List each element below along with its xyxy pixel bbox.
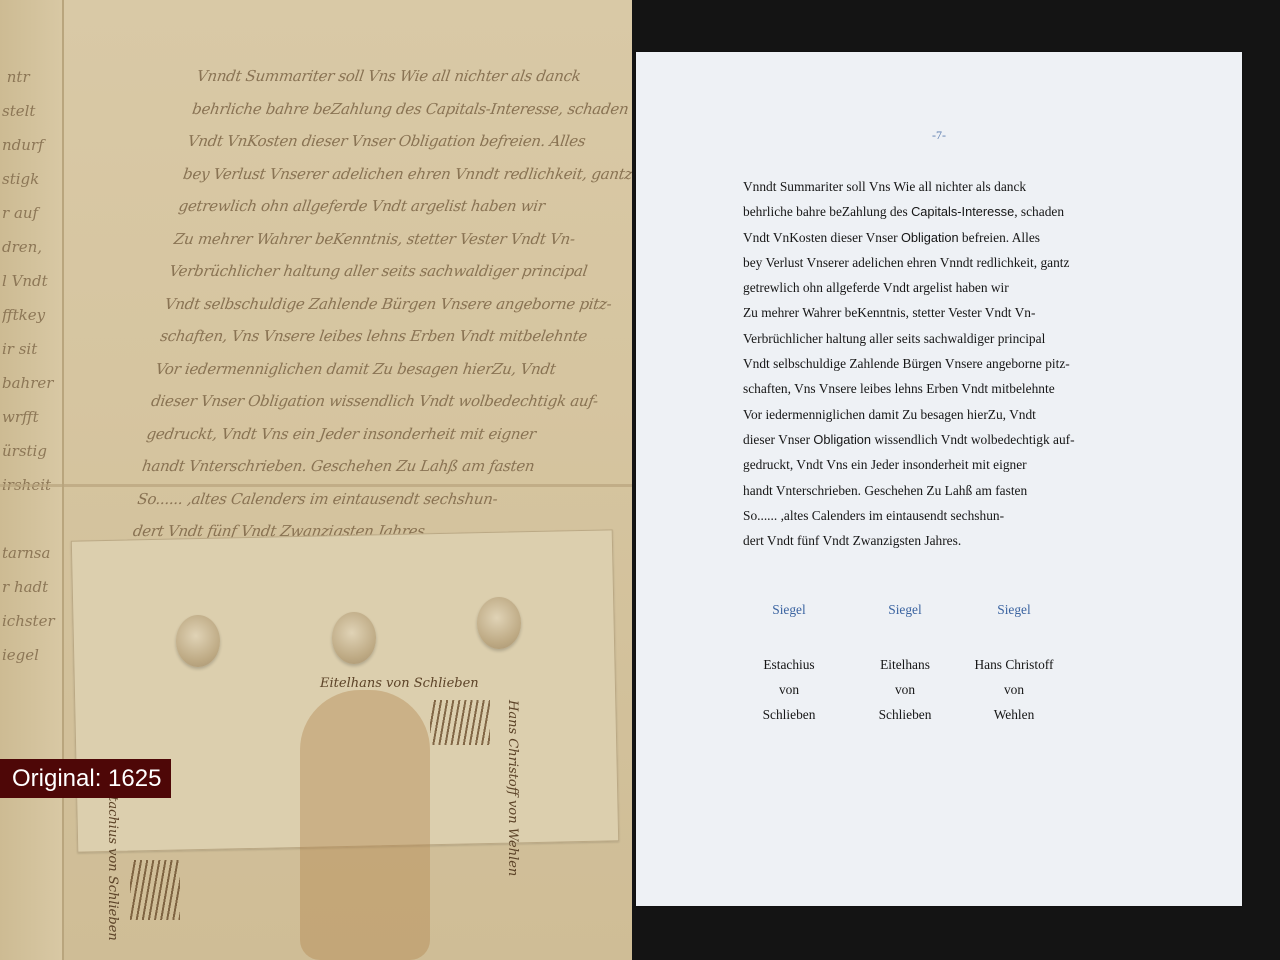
text-segment: Capitals-Interesse <box>911 204 1014 219</box>
handwriting-line: bey Verlust Vnserer adelichen ehren Vnnd… <box>181 158 632 191</box>
handwriting-line: Verbrüchlicher haltung aller seits sachw… <box>167 255 632 288</box>
transcription-body: Vnndt Summariter soll Vns Wie all nichte… <box>743 174 1143 553</box>
wax-seal-1 <box>176 615 220 667</box>
signatory-von: von <box>845 677 965 702</box>
left-leaf-handwriting: ntrsteltndurfstigkr aufdren,l Vndtfftkey… <box>2 60 62 672</box>
seal-label: Siegel <box>729 602 849 652</box>
signatory-first-name: Eitelhans <box>845 652 965 677</box>
handwriting-line: dieser Vnser Obligation wissendlich Vndt… <box>149 385 624 418</box>
wax-seal-3 <box>477 597 521 649</box>
handwriting-line: Vndt VnKosten dieser Vnser Obligation be… <box>186 125 632 158</box>
text-segment: Obligation <box>901 230 959 245</box>
manuscript-fold <box>0 484 632 487</box>
transcription-line: behrliche bahre beZahlung des Capitals-I… <box>743 199 1143 224</box>
manuscript-signature-estachius: Estachius von Schlieben <box>105 780 120 941</box>
transcription-line: So...... ,altes Calenders im eintausendt… <box>743 503 1143 528</box>
transcription-line: Vndt selbschuldige Zahlende Bürgen Vnser… <box>743 351 1143 376</box>
page-number: -7- <box>636 128 1242 143</box>
signatory-3: Siegel Hans Christoff von Wehlen <box>954 602 1074 727</box>
text-segment: behrliche bahre beZahlung des <box>743 204 911 219</box>
text-segment: Vndt VnKosten dieser Vnser <box>743 230 901 245</box>
text-segment: getrewlich ohn allgeferde Vndt argelist … <box>743 280 1009 295</box>
transcription-line: bey Verlust Vnserer adelichen ehren Vnnd… <box>743 250 1143 275</box>
text-segment: Vnndt Summariter soll Vns Wie all nichte… <box>743 179 1026 194</box>
manuscript-signature-eitelhans: Eitelhans von Schlieben <box>320 676 479 691</box>
transcription-line: schaften, Vns Vnsere leibes lehns Erben … <box>743 376 1143 401</box>
seal-label: Siegel <box>954 602 1074 652</box>
handwriting-line: Zu mehrer Wahrer beKenntnis, stetter Ves… <box>172 223 632 256</box>
text-segment: Zu mehrer Wahrer beKenntnis, stetter Ves… <box>743 305 1035 320</box>
transcription-line: Vnndt Summariter soll Vns Wie all nichte… <box>743 174 1143 199</box>
text-segment: dert Vndt fünf Vndt Zwanzigsten Jahres. <box>743 533 961 548</box>
signatory-von: von <box>729 677 849 702</box>
text-segment: gedruckt, Vndt Vns ein Jeder insonderhei… <box>743 457 1027 472</box>
signatory-1: Siegel Estachius von Schlieben <box>729 602 849 727</box>
transcription-line: dieser Vnser Obligation wissendlich Vndt… <box>743 427 1143 452</box>
text-segment: wissendlich Vndt wolbedechtigk auf- <box>871 432 1075 447</box>
text-segment: Vndt selbschuldige Zahlende Bürgen Vnser… <box>743 356 1070 371</box>
handwriting-line: Vndt selbschuldige Zahlende Bürgen Vnser… <box>163 288 632 321</box>
transcription-line: dert Vndt fünf Vndt Zwanzigsten Jahres. <box>743 528 1143 553</box>
text-segment: , schaden <box>1014 204 1064 219</box>
handwriting-line: Vnndt Summariter soll Vns Wie all nichte… <box>195 60 632 93</box>
signatory-last-name: Wehlen <box>954 702 1074 727</box>
transcription-line: getrewlich ohn allgeferde Vndt argelist … <box>743 275 1143 300</box>
signature-flourish <box>130 860 180 920</box>
text-segment: dieser Vnser <box>743 432 813 447</box>
text-segment: handt Vnterschrieben. Geschehen Zu Lahß … <box>743 483 1027 498</box>
signatory-last-name: Schlieben <box>845 702 965 727</box>
transcription-line: gedruckt, Vndt Vns ein Jeder insonderhei… <box>743 452 1143 477</box>
handwriting-line: handt Vnterschrieben. Geschehen Zu Lahß … <box>140 450 615 483</box>
manuscript-handwriting: Vnndt Summariter soll Vns Wie all nichte… <box>131 60 632 548</box>
transcription-page: -7- Vnndt Summariter soll Vns Wie all ni… <box>636 52 1242 906</box>
text-segment: So...... ,altes Calenders im eintausendt… <box>743 508 1004 523</box>
manuscript-signature-hans-christoff: Hans Christoff von Wehlen <box>505 700 520 876</box>
signatory-von: von <box>954 677 1074 702</box>
signatory-last-name: Schlieben <box>729 702 849 727</box>
text-segment: Verbrüchlicher haltung aller seits sachw… <box>743 331 1045 346</box>
signature-flourish <box>430 700 490 745</box>
text-segment: schaften, Vns Vnsere leibes lehns Erben … <box>743 381 1055 396</box>
text-segment: befreien. Alles <box>959 230 1040 245</box>
text-segment: bey Verlust Vnserer adelichen ehren Vnnd… <box>743 255 1069 270</box>
transcription-line: Vor iedermenniglichen damit Zu besagen h… <box>743 402 1143 427</box>
signatory-first-name: Estachius <box>729 652 849 677</box>
handwriting-line: getrewlich ohn allgeferde Vndt argelist … <box>176 190 632 223</box>
handwriting-line: gedruckt, Vndt Vns ein Jeder insonderhei… <box>144 418 619 451</box>
original-manuscript-photo: ntrsteltndurfstigkr aufdren,l Vndtfftkey… <box>0 0 632 960</box>
signatory-2: Siegel Eitelhans von Schlieben <box>845 602 965 727</box>
text-segment: Obligation <box>813 432 871 447</box>
water-stain <box>300 690 430 960</box>
wax-seal-2 <box>332 612 376 664</box>
signatory-first-name: Hans Christoff <box>954 652 1074 677</box>
transcription-line: Zu mehrer Wahrer beKenntnis, stetter Ves… <box>743 300 1143 325</box>
handwriting-line: schaften, Vns Vnsere leibes lehns Erben … <box>158 320 632 353</box>
seal-label: Siegel <box>845 602 965 652</box>
manuscript-left-leaf: ntrsteltndurfstigkr aufdren,l Vndtfftkey… <box>0 0 64 960</box>
handwriting-line: behrliche bahre beZahlung des Capitals-I… <box>190 93 632 126</box>
transcription-line: Vndt VnKosten dieser Vnser Obligation be… <box>743 225 1143 250</box>
original-year-badge: Original: 1625 <box>0 759 171 798</box>
transcription-line: Verbrüchlicher haltung aller seits sachw… <box>743 326 1143 351</box>
text-segment: Vor iedermenniglichen damit Zu besagen h… <box>743 407 1036 422</box>
transcription-line: handt Vnterschrieben. Geschehen Zu Lahß … <box>743 478 1143 503</box>
handwriting-line: Vor iedermenniglichen damit Zu besagen h… <box>154 353 629 386</box>
handwriting-line: So...... ,altes Calenders im eintausendt… <box>135 483 610 516</box>
